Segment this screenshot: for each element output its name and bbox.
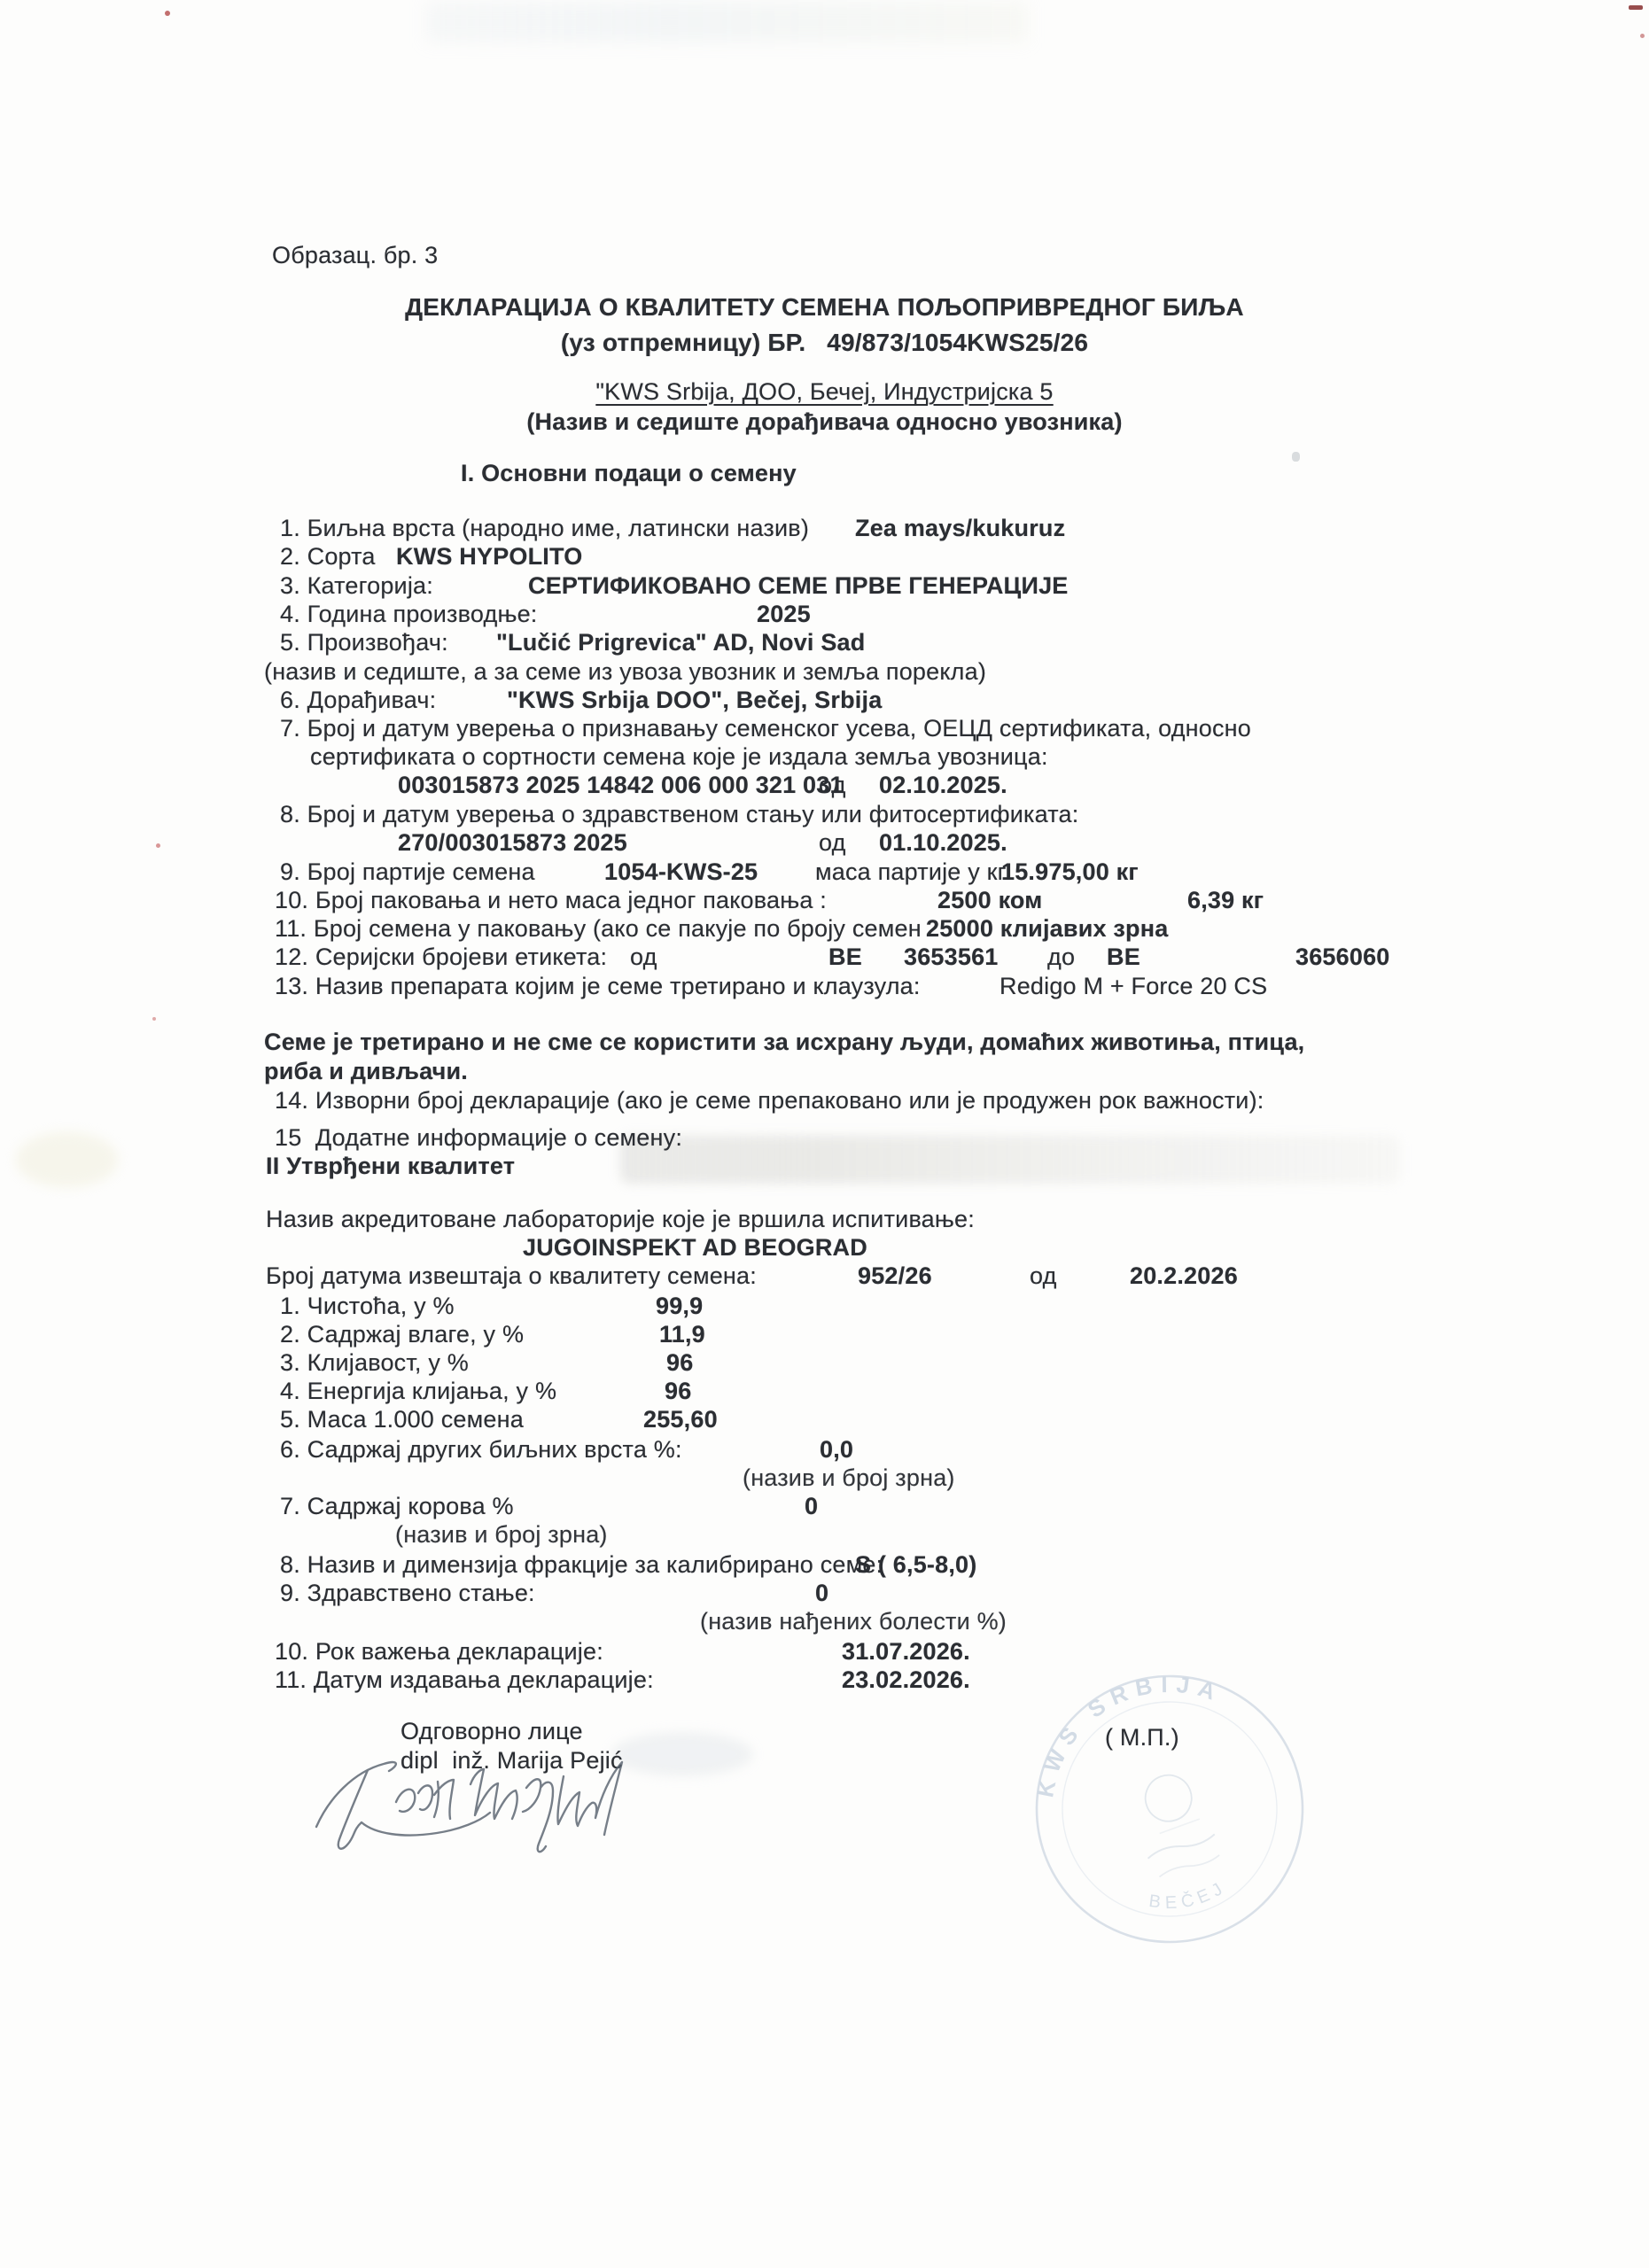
treated-seed-warning-line1: Семе је третирано и не сме се користити …	[264, 1028, 1304, 1057]
lab-name: JUGOINSPEKT AD BEOGRAD	[523, 1233, 867, 1262]
company-stamp: KWS SRBIJA BEČEJ	[1019, 1658, 1320, 1960]
item9-lot-number: 1054-KWS-25	[604, 858, 758, 887]
scan-smudge-top	[425, 2, 1028, 43]
quality-row-value: 96	[665, 1377, 691, 1406]
section2-heading: II Утврђени квалитет	[266, 1152, 515, 1181]
scan-speck	[1629, 5, 1643, 10]
quality-row-value: 96	[666, 1348, 693, 1378]
svg-text:BEČEJ: BEČEJ	[1142, 1866, 1233, 1926]
quality-row-label: 4. Енергија клијања, у %	[280, 1377, 556, 1406]
report-number: 952/26	[858, 1262, 932, 1291]
item12-series-from: 3653561	[904, 943, 999, 972]
scan-smudge-left	[16, 1132, 118, 1187]
item10-unit-mass: 6,39 кг	[1187, 886, 1264, 915]
quality-row-label: 3. Клијавост, у %	[280, 1348, 469, 1378]
quality-row-value: 0	[815, 1579, 828, 1608]
item8-od: од	[819, 828, 846, 858]
item2-value: KWS HYPOLITO	[396, 542, 582, 571]
item12-series-prefix-1: BE	[828, 943, 862, 972]
scan-speck	[165, 11, 170, 16]
section1-heading: I. Основни подаци о семену	[461, 459, 797, 488]
item11-value: 25000 клијавих зрна	[926, 914, 1168, 944]
report-label: Број датума извештаја о квалитету семена…	[266, 1262, 757, 1291]
quality-row-value: 0	[805, 1492, 818, 1521]
item11-label: 11. Број семена у паковању (ако се пакуј…	[275, 914, 922, 944]
form-number-label: Образац. бр. 3	[272, 241, 438, 270]
lab-label: Назив акредитоване лабораторије које је …	[266, 1205, 975, 1234]
quality-row-value: 31.07.2026.	[842, 1637, 970, 1666]
item12-series-prefix-2: BE	[1107, 943, 1140, 972]
stamp-arc-bottom-text: BEČEJ	[1142, 1866, 1233, 1926]
item5-note: (назив и седиште, а за семе из увоза уво…	[264, 657, 986, 687]
item7-certificate-number: 003015873 2025 14842 006 000 321 031	[398, 771, 844, 800]
quality-row-label: 1. Чистоћа, у %	[280, 1292, 455, 1321]
quality-row-label: 2. Садржај влаге, у %	[280, 1320, 524, 1349]
item1-value: Zea mays/kukuruz	[855, 514, 1065, 543]
quality-row-value: 255,60	[643, 1405, 718, 1434]
report-od: од	[1030, 1262, 1057, 1291]
scan-speck	[1292, 452, 1300, 462]
svg-text:KWS SRBIJA: KWS SRBIJA	[1005, 1646, 1244, 1807]
quality-row-label: 9. Здравствено стање:	[280, 1579, 535, 1608]
item5-label: 5. Произвођач:	[280, 628, 448, 657]
item14-label: 14. Изворни број декларације (ако је сем…	[275, 1086, 1264, 1115]
item15-label: 15 Додатне информације о семену:	[275, 1123, 682, 1153]
item13-value: Redigo M + Force 20 CS	[1000, 972, 1267, 1001]
scan-artifact-band	[620, 1136, 1400, 1184]
quality-row-label: 7. Садржај корова %	[280, 1492, 514, 1521]
item9-label: 9. Број партије семена	[280, 858, 535, 887]
quality-row-value: 0,0	[820, 1435, 853, 1464]
quality-row-label: 6. Садржај других биљних врста %:	[280, 1435, 682, 1464]
quality-row-value: S ( 6,5-8,0)	[855, 1550, 976, 1580]
quality-row-label: 11. Датум издавања декларације:	[275, 1666, 654, 1695]
quality-row-value: 11,9	[659, 1320, 705, 1349]
company-caption: (Назив и седиште дорађивача односно увоз…	[0, 408, 1649, 437]
item7-label-line2: сертификата о сортности семена које је и…	[310, 742, 1048, 772]
item9-mass-label: маса партије у кг	[815, 858, 1007, 887]
item7-date: 02.10.2025.	[879, 771, 1007, 800]
quality-row-note: (назив и број зрна)	[395, 1520, 608, 1550]
item3-label: 3. Категорија:	[280, 571, 433, 601]
treated-seed-warning-line2: риба и дивљачи.	[264, 1057, 468, 1086]
quality-row-label: 8. Назив и димензија фракције за калибри…	[280, 1550, 883, 1580]
quality-row-value: 23.02.2026.	[842, 1666, 970, 1695]
item4-label: 4. Година производње:	[280, 600, 538, 629]
item10-label: 10. Број паковања и нето маса једног пак…	[275, 886, 827, 915]
item2-label: 2. Сорта	[280, 542, 376, 571]
item13-label: 13. Назив препарата којим је семе третир…	[275, 972, 921, 1001]
quality-row-note: (назив нађених болести %)	[700, 1607, 1007, 1636]
quality-row-value: 99,9	[656, 1292, 703, 1321]
item12-od: од	[630, 943, 657, 972]
item8-label: 8. Број и датум уверења о здравственом с…	[280, 800, 1078, 829]
item4-value: 2025	[757, 600, 811, 629]
item7-label-line1: 7. Број и датум уверења о признавању сем…	[280, 714, 1251, 743]
scan-speck	[152, 1017, 156, 1021]
handwritten-signature	[297, 1735, 678, 1881]
item5-value: "Lučić Prigrevica" AD, Novi Sad	[496, 628, 865, 657]
item3-value: СЕРТИФИКОВАНО СЕМЕ ПРВЕ ГЕНЕРАЦИЈЕ	[528, 571, 1069, 601]
item9-mass-value: 15.975,00 кг	[1001, 858, 1139, 887]
scan-speck	[156, 843, 160, 848]
report-date: 20.2.2026	[1130, 1262, 1238, 1291]
item10-count: 2500 ком	[937, 886, 1042, 915]
item12-do: до	[1047, 943, 1075, 972]
stamp-arc-text: KWS SRBIJA	[1005, 1646, 1244, 1807]
document-title: ДЕКЛАРАЦИЈА О КВАЛИТЕТУ СЕМЕНА ПОЉОПРИВР…	[0, 292, 1649, 322]
document-subtitle: (уз отпремницу) БР. 49/873/1054KWS25/26	[0, 328, 1649, 357]
item8-certificate-number: 270/003015873 2025	[398, 828, 627, 858]
item12-series-to: 3656060	[1295, 943, 1390, 972]
item12-label: 12. Серијски бројеви етикета:	[275, 943, 607, 972]
scan-speck	[1640, 34, 1645, 38]
item7-od: од	[819, 771, 846, 800]
quality-row-label: 10. Рок важења декларације:	[275, 1637, 603, 1666]
quality-row-note: (назив и број зрна)	[743, 1464, 955, 1493]
item8-date: 01.10.2025.	[879, 828, 1007, 858]
scanned-declaration-document: Образац. бр. 3 ДЕКЛАРАЦИЈА О КВАЛИТЕТУ С…	[0, 0, 1649, 2268]
company-line: "KWS Srbija, ДОО, Бечеј, Индустријска 5	[0, 377, 1649, 407]
item6-value: "KWS Srbija DOO", Bečej, Srbija	[507, 686, 882, 715]
item6-label: 6. Дорађивач:	[280, 686, 436, 715]
quality-row-label: 5. Маса 1.000 семена	[280, 1405, 524, 1434]
item1-label: 1. Биљна врста (народно име, латински на…	[280, 514, 809, 543]
